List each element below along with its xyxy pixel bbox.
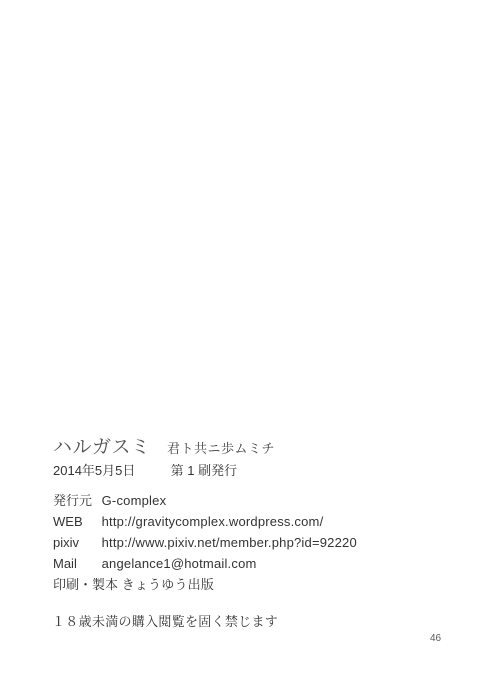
age-restriction-warning: １８歳未満の購入閲覧を固く禁じます <box>52 611 278 630</box>
page-number: 46 <box>430 633 441 644</box>
credit-row-web: WEB http://gravitycomplex.wordpress.com/ <box>53 511 357 532</box>
printer-name: きょうゆう出版 <box>122 577 214 592</box>
credit-label: 発行元 <box>53 490 98 511</box>
title-row: ハルガスミ 君ト共ニ歩ムミチ <box>53 432 275 459</box>
credit-row-pixiv: pixiv http://www.pixiv.net/member.php?id… <box>53 532 357 553</box>
credit-label: pixiv <box>53 532 98 553</box>
credit-row-mail: Mail angelance1@hotmail.com <box>53 553 357 574</box>
web-url: http://gravitycomplex.wordpress.com/ <box>102 514 324 529</box>
doujin-subtitle: 君ト共ニ歩ムミチ <box>167 441 275 456</box>
doujin-title: ハルガスミ <box>53 437 151 458</box>
mail-address: angelance1@hotmail.com <box>102 556 257 571</box>
publication-date: 2014年5月5日 <box>53 460 167 479</box>
publication-info-row: 2014年5月5日 第 1 刷発行 <box>53 460 237 479</box>
colophon-page: ハルガスミ 君ト共ニ歩ムミチ 2014年5月5日 第 1 刷発行 発行元 G-c… <box>0 0 480 685</box>
credit-label: WEB <box>53 511 98 532</box>
edition-info: 第 1 刷発行 <box>171 463 237 478</box>
publisher-name: G-complex <box>102 493 167 508</box>
credit-label: 印刷・製本 <box>53 574 118 595</box>
credits-list: 発行元 G-complex WEB http://gravitycomplex.… <box>53 490 357 595</box>
credit-label: Mail <box>53 553 98 574</box>
credit-row-publisher: 発行元 G-complex <box>53 490 357 511</box>
pixiv-url: http://www.pixiv.net/member.php?id=92220 <box>102 535 357 550</box>
credit-row-printer: 印刷・製本 きょうゆう出版 <box>53 574 357 595</box>
